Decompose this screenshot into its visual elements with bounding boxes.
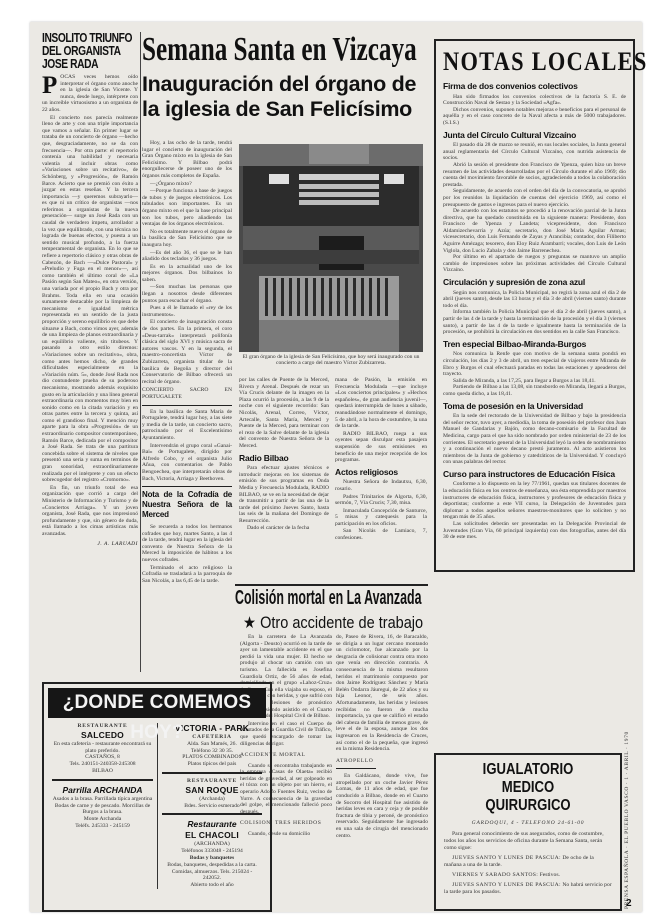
paragraph: Se recuerda a todos los hermanos cofrade… xyxy=(142,524,232,564)
schedule-label: VIERNES Y SABADO SANTOS: xyxy=(452,872,538,878)
igualatorio-body: Para general conocimiento de sus asegura… xyxy=(444,831,612,896)
divider xyxy=(336,768,376,769)
section-heading: Firma de dos convenios colectivos xyxy=(443,83,626,90)
photo-caption: El gran órgano de la iglesia de San Feli… xyxy=(235,354,427,367)
paragraph: Hoy, a las ocho de la tarde, tendrá luga… xyxy=(142,140,232,180)
paragraph: do, Paseo de Rivera, 16, de Baracaldo, s… xyxy=(336,634,428,753)
paragraph: Seguidamente, de acuerdo con el orden de… xyxy=(443,188,626,208)
left-article: Insolito triunfo del organista Jose Rada… xyxy=(42,32,138,547)
ad-phone: Tels. 240151-240358-245308 xyxy=(52,761,153,768)
paragraph: RADIO BILBAO, ruega a sus oyentes sepan … xyxy=(335,431,427,464)
atropello-heading: ATROPELLO xyxy=(336,758,428,765)
ad-text: (Archanda) xyxy=(162,796,262,803)
notas-section: Firma de dos convenios colectivos Han si… xyxy=(443,83,626,127)
ad-text: Bdes. Servicio esmerado xyxy=(162,803,262,810)
notas-locales-title: NOTAS LOCALES xyxy=(443,47,641,77)
ad-address: CASTAÑOS, 8 xyxy=(52,754,153,761)
paragraph: En la sede del rectorado de la Universid… xyxy=(443,413,626,466)
page-number: 2 xyxy=(626,898,632,909)
schedule-label: JUEVES SANTO Y LUNES DE PASCUA: xyxy=(452,855,561,861)
schedule-label: JUEVES SANTO Y LUNES DE PASCUA: xyxy=(452,882,561,888)
title-line: IGUALATORIO MEDICO xyxy=(459,761,597,797)
paragraph: El concierto de inauguración consta de d… xyxy=(142,319,232,385)
ad-phone: Teléfono 32 30 35. xyxy=(162,748,262,755)
paragraph: Dado el carácter de la fecha xyxy=(239,525,329,532)
paragraph: El concierto nos parecía realmente lleno… xyxy=(42,115,138,484)
paragraph: Para efectuar ajustes técnicos e introdu… xyxy=(239,465,329,524)
organ-photo xyxy=(239,144,423,352)
ad-text: Platos típicos del país xyxy=(162,761,262,768)
ad-phone: Teléfs. 245333 - 245159 xyxy=(52,823,153,830)
paragraph: mana de Pasión, la emisión en Frecuencia… xyxy=(335,377,427,430)
paragraph: Conforme a lo dispuesto en la ley 77/196… xyxy=(443,481,626,521)
paragraph: Es en la actualidad uno de los mejores ó… xyxy=(142,264,232,284)
paragraph: En la basílica de Santa María de Portuga… xyxy=(142,409,232,442)
ad-text: Asados a la brasa. Parrillada típica arg… xyxy=(52,796,153,803)
main-story-column-2: por las calles de Puente de la Merced, R… xyxy=(239,377,329,533)
ad-banner: ¿DONDE COMEMOS HOY? xyxy=(48,688,266,718)
notas-section: Junta del Círculo Cultural Vizcaíno El p… xyxy=(443,132,626,274)
notas-section: Toma de posesión en la Universidad En la… xyxy=(443,403,626,466)
paragraph: —¿Órgano mixto? xyxy=(142,181,232,188)
section-heading: Curso para instructores de Educación Fís… xyxy=(443,471,626,478)
paragraph: Las solicitudes deberán ser presentadas … xyxy=(443,521,626,541)
newspaper-page: Insolito triunfo del organista Jose Rada… xyxy=(30,22,642,912)
divider xyxy=(142,405,232,406)
notas-locales-box: NOTAS LOCALES Firma de dos convenios col… xyxy=(434,39,635,572)
paragraph: Han sido firmados los convenios colectiv… xyxy=(443,94,626,107)
igualatorio-ad: IGUALATORIO MEDICO QUIRURGICO GARDOQUI, … xyxy=(434,753,622,911)
colision-subtitle-text: Otro accidente de trabajo xyxy=(260,614,423,632)
concierto-heading: CONCIERTO SACRO EN PORTUGALETE xyxy=(142,387,232,400)
actos-religiosos-heading: Actos religiosos xyxy=(335,469,427,476)
radio-bilbao-heading: Radio Bilbao xyxy=(239,455,329,462)
ad-text: Bodas de carne y de pescado. Morcillas d… xyxy=(52,803,153,817)
colision-column-2: do, Paseo de Rivera, 16, de Baracaldo, s… xyxy=(336,634,428,840)
paragraph: No es totalmente nuevo el órgano de la b… xyxy=(142,229,232,249)
paragraph: Partiendo de Bilbao a las 13,08, sin tra… xyxy=(443,384,626,397)
notas-section: Tren especial Bilbao-Miranda-Burgos Nos … xyxy=(443,341,626,398)
schedule-item: JUEVES SANTO Y LUNES DE PASCUA: No habrá… xyxy=(444,882,612,896)
paragraph: Padres Trinitarios de Algorta, 6,30, ser… xyxy=(335,494,427,507)
paragraph: Intervendrán el grupo coral «Ganai-Bai» … xyxy=(142,443,232,483)
title-line: QUIRURGICO xyxy=(459,797,597,815)
paragraph: Dichos convenios, suponen notables mejor… xyxy=(443,107,626,127)
paragraph: Informa también la Policía Municipal que… xyxy=(443,309,626,335)
dropcap: P xyxy=(42,75,57,96)
divider xyxy=(142,486,232,487)
ad-text: Bodas, banquetes, despedidas a la carta.… xyxy=(162,862,262,882)
section-heading: Junta del Círculo Cultural Vizcaíno xyxy=(443,132,626,139)
margin-side-text: PRENSA ESPAÑOLA · EL PUEBLO VASCO · 1 · … xyxy=(624,769,630,909)
left-article-body: POCAS veces hemos oído interpretar el ór… xyxy=(42,74,138,538)
paragraph: Nuestra Señora de Indautxu, 6,30, rosari… xyxy=(335,479,427,492)
ad-phone: Teléfonos 333048 - 245194 xyxy=(162,848,262,855)
ad-city: BILBAO xyxy=(52,768,153,775)
main-story-column-3: mana de Pasión, la emisión en Frecuencia… xyxy=(335,377,427,543)
paragraph: —Son muchas las personas que llegan a no… xyxy=(142,284,232,304)
paragraph: Salida de Miranda, a las 17,25, para lle… xyxy=(443,378,626,385)
igualatorio-address: GARDOQUI, 4 - TELEFONO 24-61-00 xyxy=(444,820,612,826)
notas-section: Circulación y supresión de zona azul Seg… xyxy=(443,279,626,336)
donde-comemos-ad: ¿DONDE COMEMOS HOY? RESTAURANTE SALCEDO … xyxy=(42,682,272,912)
paragraph: Abrió la sesión el presidente don Franci… xyxy=(443,162,626,188)
notas-section: Curso para instructores de Educación Fís… xyxy=(443,471,626,541)
section-heading: Toma de posesión en la Universidad xyxy=(443,403,626,410)
paragraph: por las calles de Puente de la Merced, R… xyxy=(239,377,329,450)
nota-heading: Nota de la Cofradía de Nuestra Señora de… xyxy=(142,490,232,520)
san-roque: SAN ROQUE xyxy=(162,785,262,796)
el-chacoli: EL CHACOLI xyxy=(162,830,262,841)
paragraph: Según nos comunica, la Policía Municipal… xyxy=(443,290,626,310)
paragraph: —Es del año 36, el que se le han añadido… xyxy=(142,250,232,263)
paragraph: Para general conocimiento de sus asegura… xyxy=(444,831,612,852)
paragraph: Terminado el acto religioso la Cofradía … xyxy=(142,565,232,585)
ad-separator xyxy=(162,772,262,774)
column-divider xyxy=(140,32,141,672)
main-subtitle: Inauguración del órgano de la iglesia de… xyxy=(142,72,428,122)
ad-separator xyxy=(162,813,262,815)
igualatorio-title: IGUALATORIO MEDICO QUIRURGICO xyxy=(459,761,597,815)
parrilla-archanda: Parrilla ARCHANDA xyxy=(52,785,153,796)
paragraph: Pues a él le llamado el «rey de los inst… xyxy=(142,305,232,318)
schedule-item: JUEVES SANTO Y LUNES DE PASCUA: De ocho … xyxy=(444,855,612,869)
colision-headline-box: Colisión mortal en La Avanzada ★ Otro ac… xyxy=(235,587,428,633)
divider xyxy=(235,584,428,586)
ad-text: PLATOS COMBINADOS xyxy=(162,754,262,761)
ad-separator xyxy=(52,779,153,781)
organ-console-image xyxy=(239,144,423,352)
paragraph: San Nicolás de Lamiaco, 7, confesiones. xyxy=(335,528,427,541)
left-article-headline: Insolito triunfo del organista Jose Rada xyxy=(42,32,138,71)
colision-subtitle: ★ Otro accidente de trabajo xyxy=(243,613,437,633)
ad-text: Bodas y banquetes xyxy=(162,855,262,862)
main-story-column-1: Hoy, a las ocho de la tarde, tendrá luga… xyxy=(142,140,232,585)
ad-label: Restaurante xyxy=(162,819,262,830)
ad-text: Abierto todo el año xyxy=(162,882,262,889)
ad-address: Monte Archanda xyxy=(52,816,153,823)
paragraph: Nos comunica la Renfe que con motivo de … xyxy=(443,351,626,377)
schedule-item: VIERNES Y SABADO SANTOS: Festivos. xyxy=(444,872,612,879)
paragraph: El pasado día 28 de marzo se reunió, en … xyxy=(443,142,626,162)
colision-title: Colisión mortal en La Avanzada xyxy=(235,587,433,609)
ad-label: RESTAURANTE xyxy=(162,778,262,785)
paragraph: Por último en el apartado de ruegos y pr… xyxy=(443,254,626,274)
section-heading: Tren especial Bilbao-Miranda-Burgos xyxy=(443,341,626,348)
paragraph: En Galdácano, donde vive, fue atropellad… xyxy=(336,773,428,839)
byline: J. A. LARUADI xyxy=(42,541,138,547)
paragraph: De acuerdo con los estatutos se procedió… xyxy=(443,208,626,254)
paragraph: —Porque funciona a base de juegos de tub… xyxy=(142,188,232,228)
paragraph: Inmaculada Concepción de Santurce, 5 mis… xyxy=(335,508,427,528)
schedule-text: Festivos. xyxy=(540,872,560,878)
paragraph: En fin, un triunfo total de esa organiza… xyxy=(42,485,138,538)
section-heading: Circulación y supresión de zona azul xyxy=(443,279,626,286)
main-title: Semana Santa en Vizcaya xyxy=(142,32,431,68)
main-story-header: Semana Santa en Vizcaya Inauguración del… xyxy=(142,32,428,122)
star-icon: ★ xyxy=(243,614,256,632)
